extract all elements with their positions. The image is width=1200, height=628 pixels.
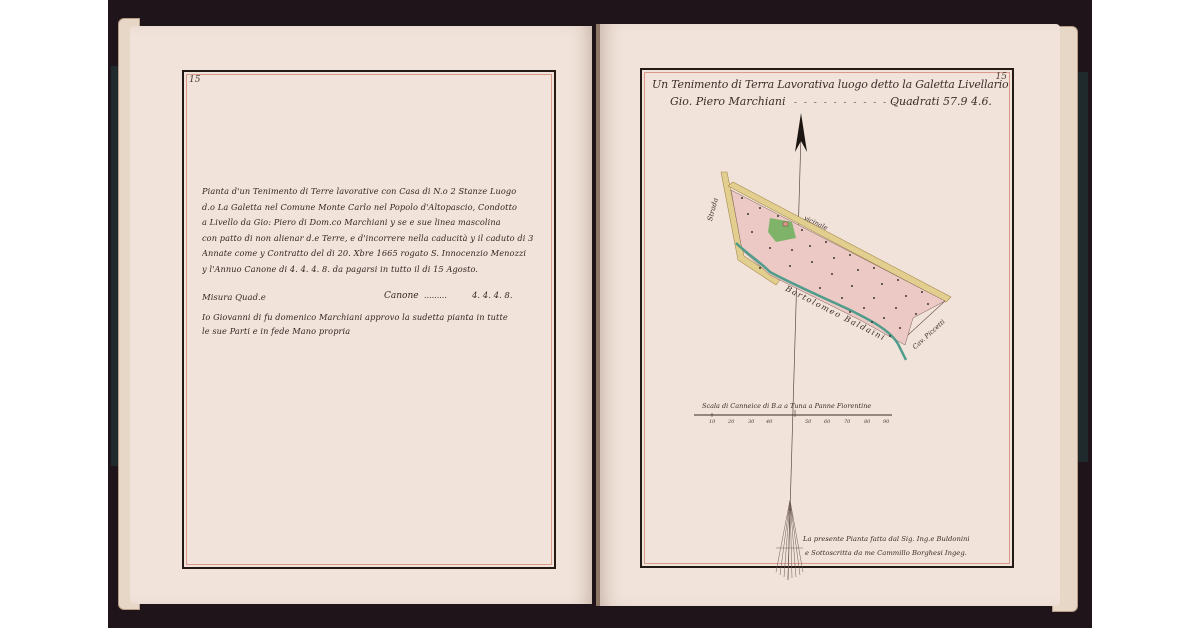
signature-line-2: e Sottoscritta da me Cammillo Borghesi I…	[805, 549, 967, 557]
book-scan: 15 Pianta d'un Tenimento di Terre lavora…	[108, 0, 1092, 628]
scale-caption: Scala di Canneice di B.a a Tuna a Panne …	[702, 402, 871, 410]
scale-tick: 60	[824, 419, 830, 425]
scale-tick: 40	[766, 419, 772, 425]
scale-tick: 80	[864, 419, 870, 425]
signature-line-1: La presente Pianta fatta dal Sig. Ing.e …	[803, 535, 970, 543]
scale-tick: 90	[883, 419, 889, 425]
cadastral-map	[108, 0, 1092, 628]
house-icon	[783, 222, 788, 226]
scale-tick: 20	[728, 419, 734, 425]
meridian-line	[788, 135, 801, 580]
scale-tick: 50	[805, 419, 811, 425]
land-parcel	[731, 190, 945, 345]
scale-tick: 70	[844, 419, 850, 425]
scale-tick: 30	[748, 419, 754, 425]
scale-tick: 10	[709, 419, 715, 425]
